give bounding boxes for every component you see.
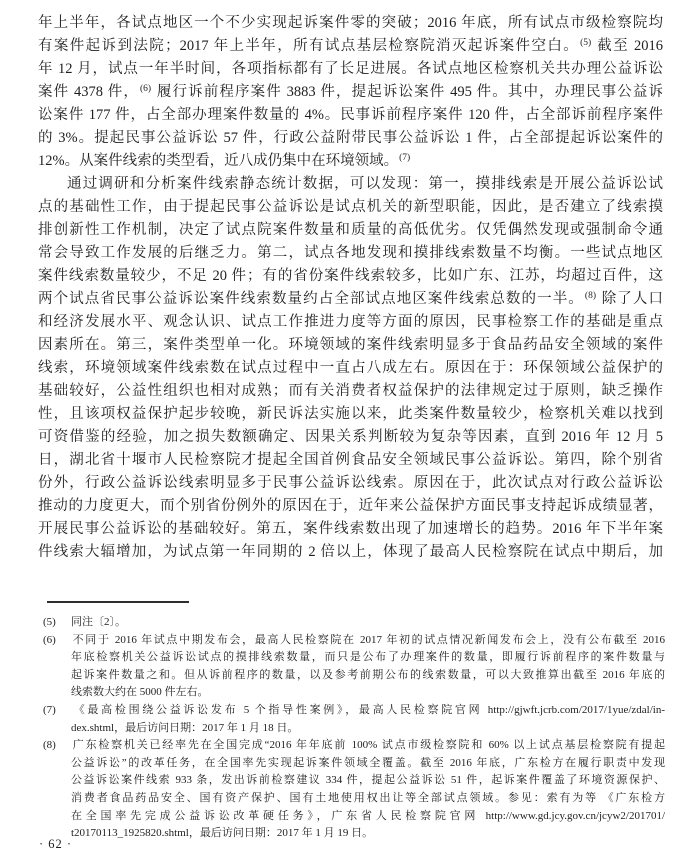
body-text-line: 年 12 月，试点一年半时间，各项指标都有了长足进展。各试点地区检察机关共办理公… xyxy=(38,58,663,81)
body-text-line: 两个试点省民事公益诉讼案件线索数量约占全部试点地区案件线索总数的一半。(8) 除… xyxy=(38,288,663,311)
footnote-line: 在全国率先完成公益诉讼改革硬任务》，广东省人民检察院官网 http://www.… xyxy=(43,808,665,826)
body-text-line: 通过调研和分析案件线索静态统计数据，可以发现：第一，摸排线索是开展公益诉讼试 xyxy=(38,173,663,196)
body-text-line: 份外，行政公益诉讼线索明显多于民事公益诉讼线索。原因在于，此次试点对行政公益诉讼 xyxy=(38,472,663,495)
body-text-line: 案件 4378 件，(6) 履行诉前程序案件 3883 件，提起诉讼案件 495… xyxy=(38,81,663,104)
footnote-reference-mark: (5) xyxy=(579,38,592,48)
footnote-separator xyxy=(47,601,189,603)
footnote-line: 起诉案件数量之和。但从诉前程序的数量，以及参考前期公布的线索数量，可以大致推算出… xyxy=(43,667,665,685)
body-text-line: 排创新性工作机制，决定了试点院案件数量和质量的高低优劣。仅凭偶然发现或强制命令通 xyxy=(38,219,663,242)
body-text-line: 可资借鉴的经验，加之损失数额确定、因果关系判断较为复杂等因素，直到 2016 年… xyxy=(38,426,663,449)
footnote-marker: (8) xyxy=(43,737,71,755)
body-text-line: 年上半年，各试点地区一个不少实现起诉案件零的突破；2016 年底，所有试点市级检… xyxy=(38,12,663,35)
body-text-line: 12%。从案件线索的类型看，近八成仍集中在环境领域。(7) xyxy=(38,150,663,173)
footnote-line: (5)同注〔2〕。 xyxy=(43,614,665,632)
footnote-marker: (7) xyxy=(43,702,71,720)
footnote-line: (7)《最高检围绕公益诉讼发布 5 个指导性案例》，最高人民检察院官网 http… xyxy=(43,702,665,720)
body-text-line: 和经济发展水平、观念认识、试点工作推进力度等方面的原因，民事检察工作的基础是重点 xyxy=(38,311,663,334)
body-text-line: 案件线索数量较少，不足 20 件；有的省份案件线索较多，比如广东、江苏，均超过百… xyxy=(38,265,663,288)
body-text-line: 常会导致工作发展的后继乏力。第二，试点各地发现和摸排线索数量不均衡。一些试点地区 xyxy=(38,242,663,265)
footnote-line: 线索数大约在 5000 件左右。 xyxy=(43,684,665,702)
footnote-line: 公益诉讼”的改革任务，在全国率先实现起诉案件领域全覆盖。截至 2016 年底，广… xyxy=(43,755,665,773)
footnote-reference-mark: (8) xyxy=(584,291,597,301)
body-text-line: 开展民事公益诉讼的基础较好。第五，案件线索数出现了加速增长的趋势。2016 年下… xyxy=(38,518,663,541)
footnote-line: 年底检察机关公益诉讼试点的摸排线索数量，而只是公布了办理案件的数量，即履行诉前程… xyxy=(43,649,665,667)
footnote-line: 公益诉讼案件线索 933 条，发出诉前检察建议 334 件，提起公益诉讼 51 … xyxy=(43,772,665,790)
footnote-line: 消费者食品药品安全、国有资产保护、国有土地使用权出让等全部试点领域。参见：索有为… xyxy=(43,790,665,808)
body-text-line: 件线索大辐增加，为试点第一年同期的 2 倍以上，体现了最高人民检察院在试点中期后… xyxy=(38,541,663,564)
body-text-line: 推动的力度更大，而个别省份例外的原因在于，近年来公益保护方面民事支持起诉成绩显著… xyxy=(38,495,663,518)
footnote-reference-mark: (7) xyxy=(398,153,411,163)
body-text-line: 因素所在。第三，案件类型单一化。环境领域的案件线索明显多于食品药品安全领域的案件 xyxy=(38,334,663,357)
footnote-line: (8)广东检察机关已经率先在全国完成“2016 年年底前 100% 试点市级检察… xyxy=(43,737,665,755)
body-text-line: 讼案件 177 件，占全部办理案件数量的 4%。民事诉前程序案件 120 件，占… xyxy=(38,104,663,127)
body-text-line: 基础较好，公益性组织也相对成熟；而有关消费者权益保护的法律规定过于原则，缺乏操作 xyxy=(38,380,663,403)
body-text-line: 有案件起诉到法院；2017 年上半年，所有试点基层检察院消灭起诉案件空白。(5)… xyxy=(38,35,663,58)
footnotes-list: (5)同注〔2〕。(6)不同于 2016 年试点中期发布会，最高人民检察院在 2… xyxy=(43,614,665,843)
footnote-marker: (6) xyxy=(43,632,71,650)
body-text-line: 性，且该项权益保护起步较晚，新民诉法实施以来，此类案件数量较少，检察机关难以找到 xyxy=(38,403,663,426)
footnote-line: (6)不同于 2016 年试点中期发布会，最高人民检察院在 2017 年初的试点… xyxy=(43,632,665,650)
footnote-line: dex.shtml，最后访问日期：2017 年 1 月 18 日。 xyxy=(43,720,665,738)
body-text-line: 点的基础性工作，由于提起民事公益诉讼是试点机关的新型职能，因此，是否建立了线索摸 xyxy=(38,196,663,219)
body-text-line: 线索，环境领域案件线索数在试点过程中一直占八成左右。原因在于：环保领域公益保护的 xyxy=(38,357,663,380)
body-text: 年上半年，各试点地区一个不少实现起诉案件零的突破；2016 年底，所有试点市级检… xyxy=(38,12,663,564)
body-text-line: 日，湖北省十堰市人民检察院才提起全国首例食品安全领域民事公益诉讼。第四，除个别省 xyxy=(38,449,663,472)
footnote-marker: (5) xyxy=(43,614,71,632)
document-page: 年上半年，各试点地区一个不少实现起诉案件零的突破；2016 年底，所有试点市级检… xyxy=(0,0,700,863)
footnote-line: t20170113_1925820.shtml，最后访问日期：2017 年 1 … xyxy=(43,825,665,843)
footnote-reference-mark: (6) xyxy=(139,84,152,94)
body-text-line: 的 3%。提起民事公益诉讼 57 件，行政公益附带民事公益诉讼 1 件，占全部提… xyxy=(38,127,663,150)
page-number: · 62 · xyxy=(39,837,72,852)
